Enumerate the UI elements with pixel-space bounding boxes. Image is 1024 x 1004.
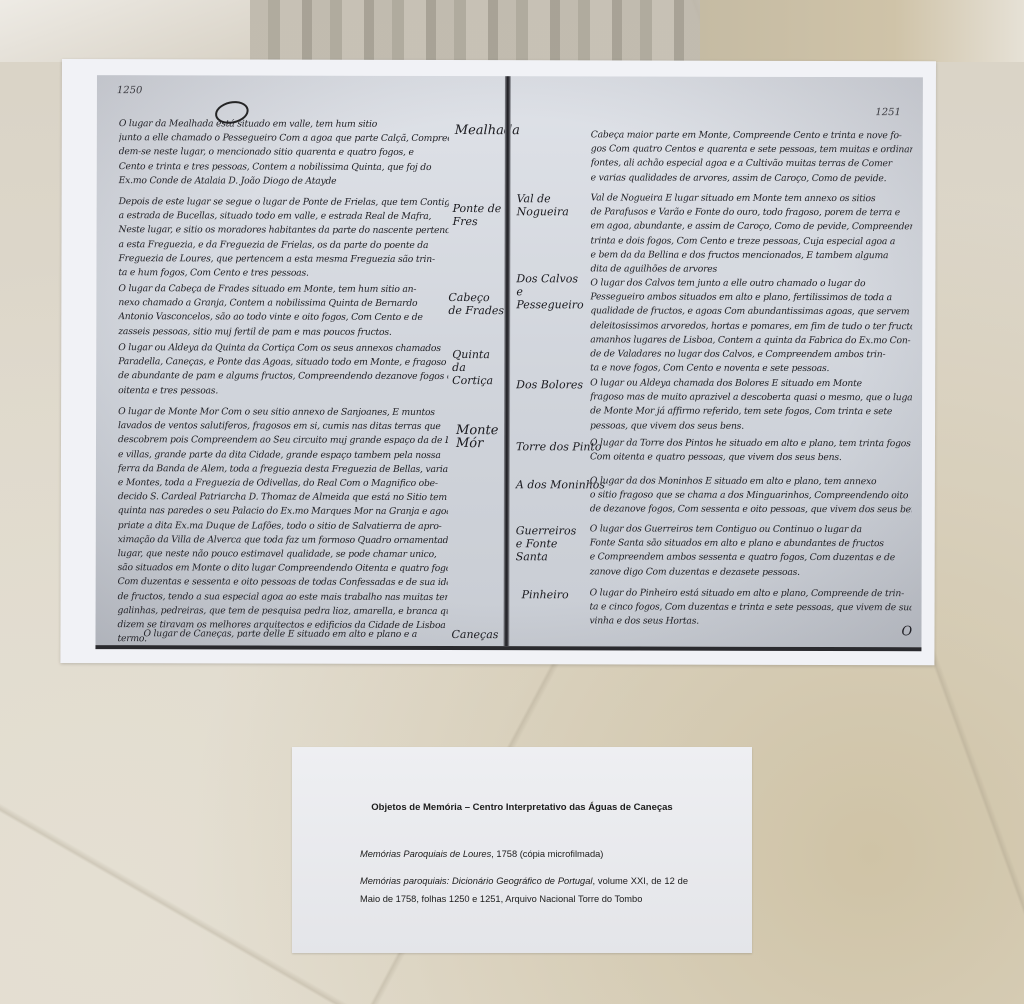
margin-note: Cabeço de Frades — [448, 291, 504, 317]
margin-note: A dos Moninhos — [516, 478, 605, 491]
page-gutter — [503, 76, 510, 646]
entry-val-de-nogueira: Val de Nogueira E lugar situado em Monte… — [590, 191, 912, 277]
entry-cabeco-de-frades: O lugar da Cabeça de Frades situado em M… — [118, 282, 448, 340]
folio-number-right: 1251 — [875, 107, 900, 118]
entry-pinheiro: O lugar do Pinheiro está situado em alto… — [590, 586, 912, 629]
entry-calvos-pessegueiro: O lugar dos Calvos tem junto a elle outr… — [590, 276, 912, 376]
margin-note: Ponte de Fres — [453, 202, 505, 228]
exhibit-label-card: Objetos de Memória – Centro Interpretati… — [292, 747, 752, 953]
margin-note: Torre dos Pinto — [516, 440, 602, 453]
printed-manuscript-sheet: 1250 O lugar da Mealhada está situado em… — [60, 59, 936, 665]
microfilm-image: 1250 O lugar da Mealhada está situado em… — [95, 75, 922, 651]
entry-ponte-de-frielas: Depois de este lugar se segue o lugar de… — [118, 195, 448, 281]
entry-monte-mor: O lugar de Monte Mor Com o seu sitio ann… — [117, 405, 448, 647]
entry-canecas: O lugar de Caneças, parte delle E situad… — [143, 627, 443, 642]
entry-mealhada: O lugar da Mealhada está situado em vall… — [119, 117, 449, 189]
catchword: O — [901, 625, 912, 638]
glass-reflection-right — [700, 0, 1024, 62]
margin-note: Val de Nogueira — [517, 192, 589, 218]
glass-reflection-center — [250, 0, 700, 62]
label-source-line: Memórias Paroquiais de Loures, 1758 (cóp… — [360, 849, 603, 859]
manuscript-page-right: 1251 Cabeça maior parte em Monte, Compre… — [511, 76, 922, 647]
label-citation: Memórias paroquiais: Dicionário Geográfi… — [360, 872, 688, 908]
entry-bolores: O lugar ou Aldeya chamada dos Bolores E … — [590, 376, 912, 434]
margin-note: Monte Mór — [456, 424, 506, 450]
margin-note: Pinheiro — [522, 588, 569, 601]
margin-note: Dos Calvos e Pessegueiro — [516, 272, 586, 311]
margin-note: Caneças — [451, 628, 498, 641]
margin-note: Guerreiros e Fonte Santa — [516, 524, 586, 563]
entry-a-dos-moninhos: O lugar da dos Moninhos E situado em alt… — [590, 474, 912, 517]
folio-number-left: 1250 — [117, 85, 142, 96]
margin-note: Quinta da Cortiça — [452, 348, 504, 387]
entry-continuation: Cabeça maior parte em Monte, Compreende … — [591, 128, 913, 186]
label-title: Objetos de Memória – Centro Interpretati… — [292, 802, 752, 813]
entry-quinta-da-cortica: O lugar ou Aldeya da Quinta da Cortiça C… — [118, 341, 448, 399]
entry-torre-dos-pintos: O lugar da Torre dos Pintos he situado e… — [590, 436, 912, 465]
glass-reflection-left — [0, 0, 250, 62]
manuscript-page-left: 1250 O lugar da Mealhada está situado em… — [95, 75, 506, 646]
entry-guerreiros-fonte-santa: O lugar dos Guerreiros tem Contiguo ou C… — [590, 522, 912, 580]
margin-note: Dos Bolores — [516, 378, 583, 391]
